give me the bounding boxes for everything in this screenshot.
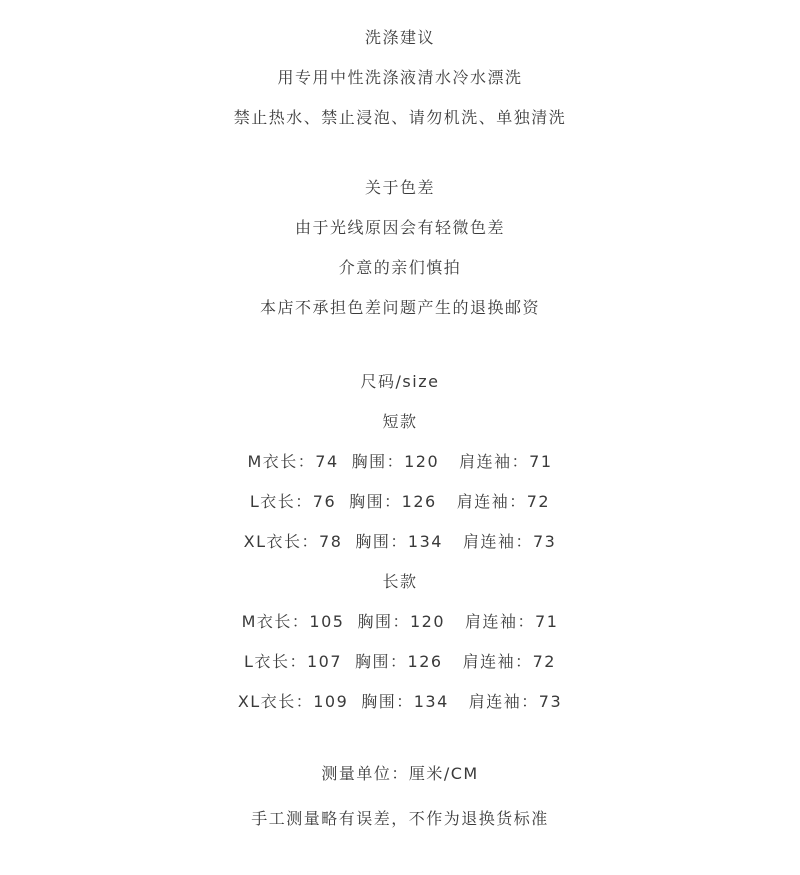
size-row-short-m: M衣长：74 胸围：120 肩连袖：71 <box>0 440 800 480</box>
size-section-label-long: 长款 <box>0 560 800 600</box>
size-chart-section: 尺码/size 短款 M衣长：74 胸围：120 肩连袖：71 L衣长：76 胸… <box>0 360 800 720</box>
size-cell-bust: 胸围：134 <box>355 529 443 552</box>
measurement-note-section: 测量单位：厘米/CM 手工测量略有误差，不作为退换货标准 <box>0 752 800 837</box>
section-gap <box>0 720 800 752</box>
color-difference-section: 关于色差 由于光线原因会有轻微色差 介意的亲们慎拍 本店不承担色差问题产生的退换… <box>0 166 800 326</box>
size-row-long-xl: XL衣长：109 胸围：134 肩连袖：73 <box>0 680 800 720</box>
washing-line-2: 禁止热水、禁止浸泡、请勿机洗、单独清洗 <box>0 96 800 136</box>
product-detail-text-page: 洗涤建议 用专用中性洗涤液清水冷水漂洗 禁止热水、禁止浸泡、请勿机洗、单独清洗 … <box>0 0 800 875</box>
size-cell-sleeve: 肩连袖：71 <box>465 609 558 632</box>
washing-title: 洗涤建议 <box>0 16 800 56</box>
size-cell-bust: 胸围：134 <box>361 689 449 712</box>
size-cell-length: L衣长：107 <box>244 649 342 672</box>
measurement-unit-line: 测量单位：厘米/CM <box>0 752 800 792</box>
color-diff-line-1: 由于光线原因会有轻微色差 <box>0 206 800 246</box>
size-section-label-short: 短款 <box>0 400 800 440</box>
size-cell-sleeve: 肩连袖：71 <box>459 449 552 472</box>
size-cell-sleeve: 肩连袖：73 <box>469 689 562 712</box>
size-cell-length: XL衣长：78 <box>244 529 343 552</box>
size-cell-sleeve: 肩连袖：73 <box>463 529 556 552</box>
size-cell-bust: 胸围：126 <box>355 649 443 672</box>
size-cell-length: M衣长：105 <box>242 609 345 632</box>
size-cell-bust: 胸围：120 <box>352 449 440 472</box>
measurement-note-line: 手工测量略有误差，不作为退换货标准 <box>0 797 800 837</box>
size-cell-bust: 胸围：126 <box>349 489 437 512</box>
color-diff-line-2: 介意的亲们慎拍 <box>0 246 800 286</box>
size-row-short-l: L衣长：76 胸围：126 肩连袖：72 <box>0 480 800 520</box>
size-row-long-m: M衣长：105 胸围：120 肩连袖：71 <box>0 600 800 640</box>
size-row-long-l: L衣长：107 胸围：126 肩连袖：72 <box>0 640 800 680</box>
section-gap <box>0 136 800 166</box>
color-diff-title: 关于色差 <box>0 166 800 206</box>
size-cell-sleeve: 肩连袖：72 <box>463 649 556 672</box>
color-diff-line-3: 本店不承担色差问题产生的退换邮资 <box>0 286 800 326</box>
size-cell-length: L衣长：76 <box>250 489 336 512</box>
washing-line-1: 用专用中性洗涤液清水冷水漂洗 <box>0 56 800 96</box>
washing-care-section: 洗涤建议 用专用中性洗涤液清水冷水漂洗 禁止热水、禁止浸泡、请勿机洗、单独清洗 <box>0 16 800 136</box>
size-cell-length: XL衣长：109 <box>238 689 348 712</box>
size-row-short-xl: XL衣长：78 胸围：134 肩连袖：73 <box>0 520 800 560</box>
section-gap <box>0 326 800 360</box>
size-cell-bust: 胸围：120 <box>357 609 445 632</box>
size-cell-length: M衣长：74 <box>247 449 338 472</box>
size-chart-title: 尺码/size <box>0 360 800 400</box>
size-cell-sleeve: 肩连袖：72 <box>457 489 550 512</box>
